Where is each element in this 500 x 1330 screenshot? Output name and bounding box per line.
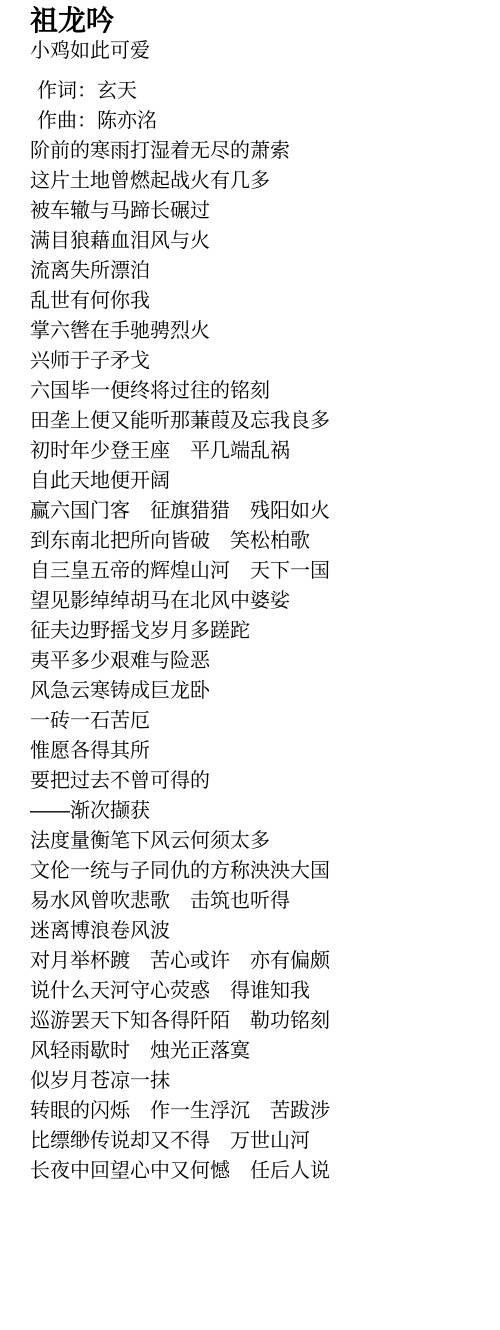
lyric-line: 说什么天河守心荧惑 得谁知我 <box>30 976 480 1006</box>
composer-credit: 作曲：陈亦洺 <box>37 106 480 136</box>
lyric-line: 自三皇五帝的辉煌山河 天下一国 <box>30 556 480 586</box>
lyric-line: 比缥缈传说却又不得 万世山河 <box>30 1126 480 1156</box>
artist-name: 小鸡如此可爱 <box>30 38 480 64</box>
lyric-line: 被车辙与马蹄长碾过 <box>30 196 480 226</box>
lyric-line: 转眼的闪烁 作一生浮沉 苦跋涉 <box>30 1096 480 1126</box>
lyrics-body: 阶前的寒雨打湿着无尽的萧索这片土地曾燃起战火有几多被车辙与马蹄长碾过满目狼藉血泪… <box>30 136 480 1186</box>
lyricist-credit: 作词：玄天 <box>37 76 480 106</box>
lyric-line: 六国毕一便终将过往的铭刻 <box>30 376 480 406</box>
lyric-line: 乱世有何你我 <box>30 286 480 316</box>
song-title: 祖龙吟 <box>30 4 480 38</box>
lyric-line: 文伦一统与子同仇的方称泱泱大国 <box>30 856 480 886</box>
lyric-line: 满目狼藉血泪风与火 <box>30 226 480 256</box>
lyric-line: 望见影绰绰胡马在北风中婆娑 <box>30 586 480 616</box>
lyric-line: 巡游罢天下知各得阡陌 勒功铭刻 <box>30 1006 480 1036</box>
lyric-line: 掌六辔在手驰骋烈火 <box>30 316 480 346</box>
lyric-line: 赢六国门客 征旗猎猎 残阳如火 <box>30 496 480 526</box>
lyric-line: 初时年少登王座 平几端乱祸 <box>30 436 480 466</box>
lyric-line: ——渐次撷获 <box>30 796 480 826</box>
lyric-line: 兴师于子矛戈 <box>30 346 480 376</box>
lyric-line: 长夜中回望心中又何憾 任后人说 <box>30 1156 480 1186</box>
lyric-line: 这片土地曾燃起战火有几多 <box>30 166 480 196</box>
lyrics-page: 祖龙吟 小鸡如此可爱 作词：玄天 作曲：陈亦洺 阶前的寒雨打湿着无尽的萧索这片土… <box>0 4 500 1186</box>
lyric-line: 对月举杯踱 苦心或许 亦有偏颇 <box>30 946 480 976</box>
lyric-line: 一砖一石苦厄 <box>30 706 480 736</box>
lyric-line: 风轻雨歇时 烛光正落寞 <box>30 1036 480 1066</box>
lyric-line: 惟愿各得其所 <box>30 736 480 766</box>
lyric-line: 法度量衡笔下风云何须太多 <box>30 826 480 856</box>
lyric-line: 流离失所漂泊 <box>30 256 480 286</box>
lyric-line: 迷离博浪卷风波 <box>30 916 480 946</box>
credits-block: 作词：玄天 作曲：陈亦洺 <box>30 76 480 136</box>
lyric-line: 自此天地便开阔 <box>30 466 480 496</box>
lyric-line: 夷平多少艰难与险恶 <box>30 646 480 676</box>
lyric-line: 田垄上便又能听那蒹葭及忘我良多 <box>30 406 480 436</box>
lyric-line: 易水风曾吹悲歌 击筑也听得 <box>30 886 480 916</box>
lyric-line: 风急云寒铸成巨龙卧 <box>30 676 480 706</box>
lyric-line: 要把过去不曾可得的 <box>30 766 480 796</box>
lyric-line: 到东南北把所向皆破 笑松柏歌 <box>30 526 480 556</box>
lyric-line: 阶前的寒雨打湿着无尽的萧索 <box>30 136 480 166</box>
lyric-line: 似岁月苍凉一抹 <box>30 1066 480 1096</box>
lyric-line: 征夫边野摇戈岁月多蹉跎 <box>30 616 480 646</box>
